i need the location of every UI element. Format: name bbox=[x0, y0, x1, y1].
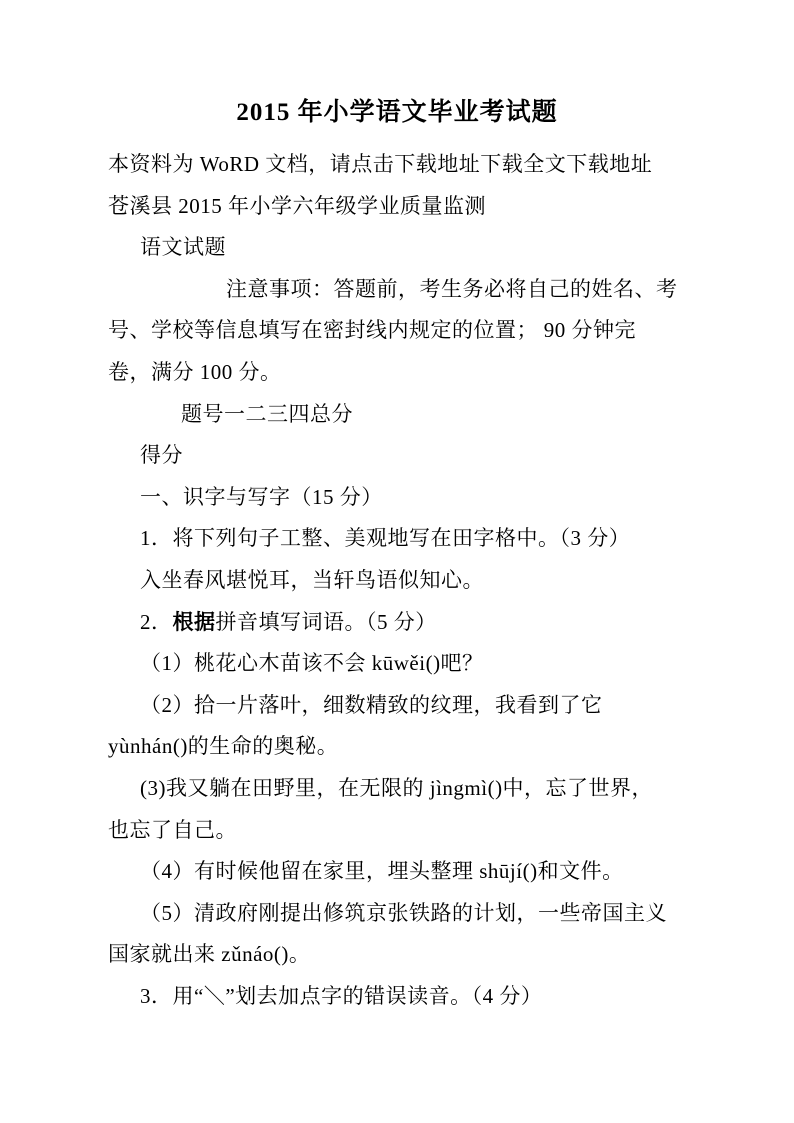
text-run: 拼音填写词语。（5 分） bbox=[216, 610, 437, 634]
text-run: 得分 bbox=[140, 443, 183, 467]
text-run: 国家就出来 zǔnáo()。 bbox=[108, 942, 310, 966]
text-line: 1．将下列句子工整、美观地写在田字格中。（3 分） bbox=[108, 518, 686, 560]
text-line: (3)我又躺在田野里，在无限的 jìngmì()中，忘了世界， bbox=[108, 768, 686, 810]
text-run: 本资料为 WoRD 文档，请点击下载地址下载全文下载地址 bbox=[108, 152, 652, 176]
text-line: 苍溪县 2015 年小学六年级学业质量监测 bbox=[108, 186, 686, 228]
text-run: 根据 bbox=[173, 610, 216, 634]
text-line: （4）有时候他留在家里，埋头整理 shūjí()和文件。 bbox=[108, 851, 686, 893]
text-run: 语文试题 bbox=[140, 235, 226, 259]
text-line: 本资料为 WoRD 文档，请点击下载地址下载全文下载地址 bbox=[108, 144, 686, 186]
text-line: 卷，满分 100 分。 bbox=[108, 352, 686, 394]
text-run: 3．用“＼”划去加点字的错误读音。（4 分） bbox=[140, 984, 542, 1008]
text-run: 1．将下列句子工整、美观地写在田字格中。（3 分） bbox=[140, 526, 630, 550]
text-line: yùnhán()的生命的奥秘。 bbox=[108, 726, 686, 768]
text-line: 注意事项：答题前，考生务必将自己的姓名、考 bbox=[108, 269, 686, 311]
text-line: 语文试题 bbox=[108, 227, 686, 269]
text-line: 一、识字与写字（15 分） bbox=[108, 477, 686, 519]
text-run: 注意事项：答题前，考生务必将自己的姓名、考 bbox=[226, 277, 678, 301]
text-run: 也忘了自己。 bbox=[108, 818, 237, 842]
text-line: 入坐春风堪悦耳，当轩鸟语似知心。 bbox=[108, 560, 686, 602]
document-body: 本资料为 WoRD 文档，请点击下载地址下载全文下载地址苍溪县 2015 年小学… bbox=[108, 144, 686, 1017]
text-run: 苍溪县 2015 年小学六年级学业质量监测 bbox=[108, 194, 486, 218]
text-run: 卷，满分 100 分。 bbox=[108, 360, 282, 384]
text-run: 2． bbox=[140, 610, 173, 634]
text-line: 国家就出来 zǔnáo()。 bbox=[108, 934, 686, 976]
text-line: 号、学校等信息填写在密封线内规定的位置； 90 分钟完 bbox=[108, 310, 686, 352]
text-run: 入坐春风堪悦耳，当轩鸟语似知心。 bbox=[140, 568, 484, 592]
text-line: 题号一二三四总分 bbox=[108, 394, 686, 436]
document-title: 2015 年小学语文毕业考试题 bbox=[108, 96, 686, 130]
text-line: 得分 bbox=[108, 435, 686, 477]
text-line: 也忘了自己。 bbox=[108, 810, 686, 852]
text-run: （2）拾一片落叶，细数精致的纹理，我看到了它 bbox=[140, 693, 603, 717]
document-page: 2015 年小学语文毕业考试题 本资料为 WoRD 文档，请点击下载地址下载全文… bbox=[0, 0, 794, 1123]
text-run: yùnhán()的生命的奥秘。 bbox=[108, 734, 338, 758]
text-line: （1）桃花心木苗该不会 kūwěi()吧？ bbox=[108, 643, 686, 685]
text-line: 3．用“＼”划去加点字的错误读音。（4 分） bbox=[108, 976, 686, 1018]
text-run: （4）有时候他留在家里，埋头整理 shūjí()和文件。 bbox=[140, 859, 624, 883]
text-run: （1）桃花心木苗该不会 kūwěi()吧？ bbox=[140, 651, 484, 675]
text-line: （2）拾一片落叶，细数精致的纹理，我看到了它 bbox=[108, 685, 686, 727]
text-run: (3)我又躺在田野里，在无限的 jìngmì()中，忘了世界， bbox=[140, 776, 653, 800]
text-line: 2．根据拼音填写词语。（5 分） bbox=[108, 602, 686, 644]
text-run: 题号一二三四总分 bbox=[181, 402, 353, 426]
text-run: （5）清政府刚提出修筑京张铁路的计划，一些帝国主义 bbox=[140, 901, 667, 925]
text-run: 一、识字与写字（15 分） bbox=[140, 485, 383, 509]
text-line: （5）清政府刚提出修筑京张铁路的计划，一些帝国主义 bbox=[108, 893, 686, 935]
text-run: 号、学校等信息填写在密封线内规定的位置； 90 分钟完 bbox=[108, 318, 636, 342]
